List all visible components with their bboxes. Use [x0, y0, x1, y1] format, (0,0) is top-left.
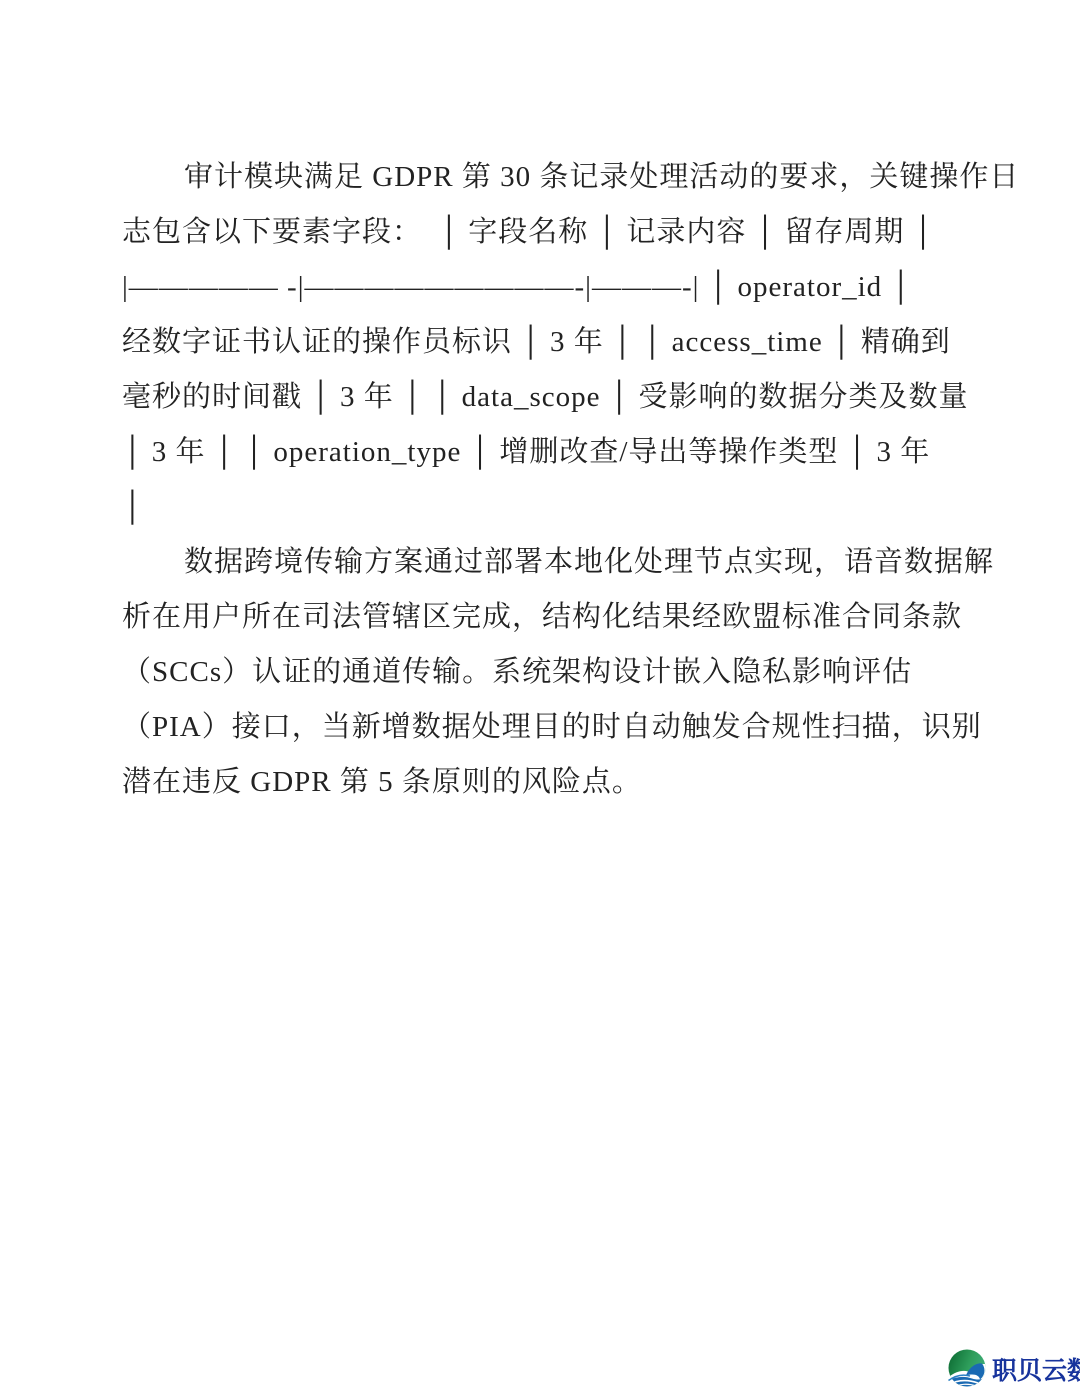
text-line: 潜在违反 GDPR 第 5 条原则的风险点。	[122, 755, 1002, 810]
text-line: 数据跨境传输方案通过部署本地化处理节点实现，语音数据解	[122, 535, 1002, 590]
text-line: （SCCs）认证的通道传输。系统架构设计嵌入隐私影响评估	[122, 645, 1002, 700]
zhibei-logo: 职贝云数	[946, 1348, 1080, 1390]
paragraph-cross-border: 数据跨境传输方案通过部署本地化处理节点实现，语音数据解 析在用户所在司法管辖区完…	[122, 535, 1002, 810]
text-line: 审计模块满足 GDPR 第 30 条记录处理活动的要求，关键操作日	[122, 150, 1002, 205]
text-line: 析在用户所在司法管辖区完成，结构化结果经欧盟标准合同条款	[122, 590, 1002, 645]
text-line: │	[122, 480, 1002, 535]
globe-wave-icon	[946, 1348, 987, 1390]
text-line: 经数字证书认证的操作员标识 │ 3 年 │ │ access_time │ 精确…	[122, 315, 1002, 370]
text-line: 毫秒的时间戳 │ 3 年 │ │ data_scope │ 受影响的数据分类及数…	[122, 370, 1002, 425]
document-page: 审计模块满足 GDPR 第 30 条记录处理活动的要求，关键操作日 志包含以下要…	[0, 0, 1080, 1397]
text-line: 志包含以下要素字段： │ 字段名称 │ 记录内容 │ 留存周期 │	[122, 205, 1002, 260]
text-line: （PIA）接口，当新增数据处理目的时自动触发合规性扫描，识别	[122, 700, 1002, 755]
text-line: │ 3 年 │ │ operation_type │ 增删改查/导出等操作类型 …	[122, 425, 1002, 480]
text-line: |————— -|—————————-|———-| │ operator_id …	[122, 260, 1002, 315]
document-body: 审计模块满足 GDPR 第 30 条记录处理活动的要求，关键操作日 志包含以下要…	[122, 150, 1002, 810]
paragraph-audit-log: 审计模块满足 GDPR 第 30 条记录处理活动的要求，关键操作日 志包含以下要…	[122, 150, 1002, 535]
zhibei-logo-text: 职贝云数	[992, 1351, 1080, 1387]
